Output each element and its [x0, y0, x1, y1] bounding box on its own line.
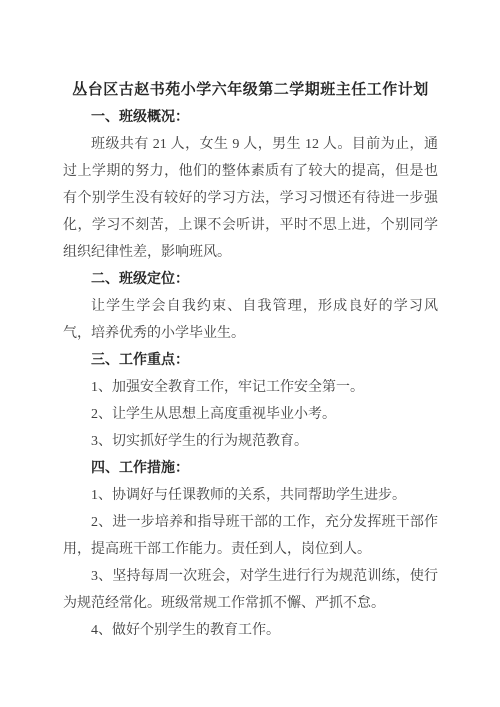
- paragraph: 2、让学生从思想上高度重视毕业小考。: [63, 401, 438, 428]
- section-heading: 一、班级概况：: [63, 104, 438, 131]
- paragraph: 1、协调好与任课教师的关系，共同帮助学生进步。: [63, 482, 438, 509]
- document-body: 一、班级概况：班级共有 21 人，女生 9 人，男生 12 人。目前为止，通过上…: [63, 104, 438, 644]
- document-content: 丛台区古赵书苑小学六年级第二学期班主任工作计划 一、班级概况：班级共有 21 人…: [0, 0, 500, 644]
- paragraph: 2、进一步培养和指导班干部的工作，充分发挥班干部作用，提高班干部工作能力。责任到…: [63, 509, 438, 563]
- section-heading: 三、工作重点：: [63, 347, 438, 374]
- document-page: 丛台区古赵书苑小学六年级第二学期班主任工作计划 一、班级概况：班级共有 21 人…: [0, 0, 500, 707]
- paragraph: 班级共有 21 人，女生 9 人，男生 12 人。目前为止，通过上学期的努力，他…: [63, 131, 438, 266]
- paragraph: 1、加强安全教育工作，牢记工作安全第一。: [63, 374, 438, 401]
- paragraph: 4、做好个别学生的教育工作。: [63, 617, 438, 644]
- document-title: 丛台区古赵书苑小学六年级第二学期班主任工作计划: [63, 77, 438, 104]
- paragraph: 3、坚持每周一次班会，对学生进行行为规范训练，使行为规范经常化。班级常规工作常抓…: [63, 563, 438, 617]
- section-heading: 二、班级定位：: [63, 266, 438, 293]
- paragraph: 让学生学会自我约束、自我管理，形成良好的学习风气，培养优秀的小学毕业生。: [63, 293, 438, 347]
- paragraph: 3、切实抓好学生的行为规范教育。: [63, 428, 438, 455]
- section-heading: 四、工作措施：: [63, 455, 438, 482]
